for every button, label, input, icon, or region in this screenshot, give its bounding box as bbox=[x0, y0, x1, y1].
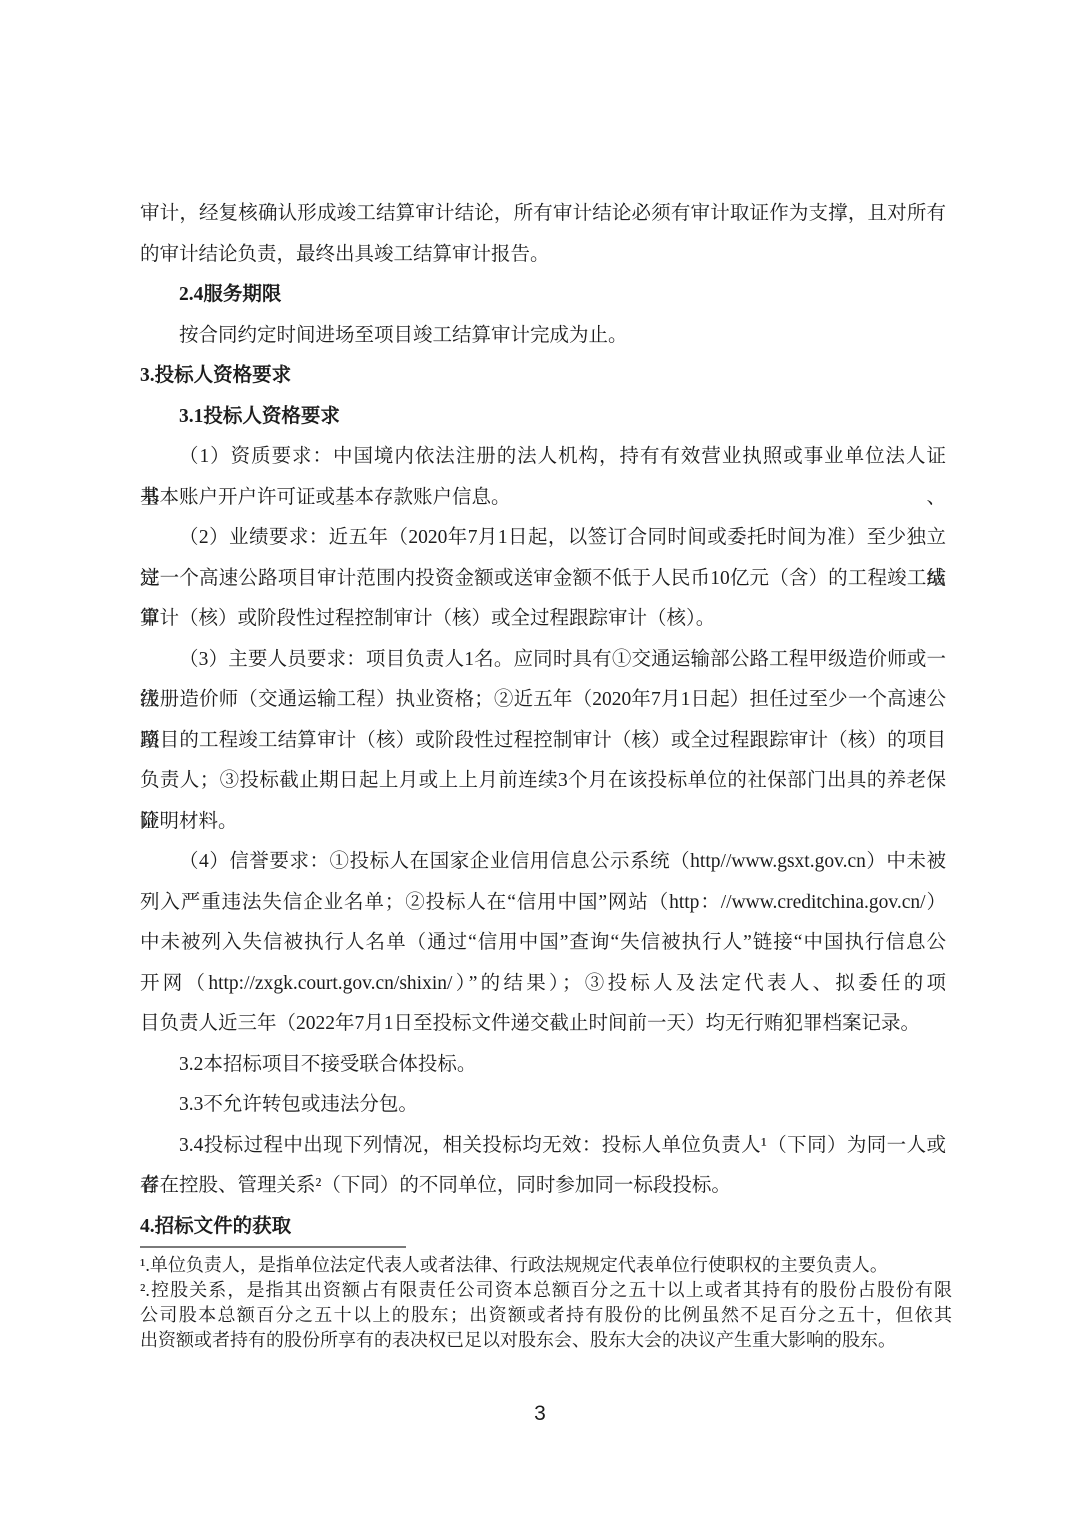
text-line: 项目的工程竣工结算审计（核）或阶段性过程控制审计（核）或全过程跟踪审计（核）的项… bbox=[140, 721, 946, 762]
text-line: （3）主要人员要求：项目负责人1名。应同时具有①交通运输部公路工程甲级造价师或一… bbox=[140, 640, 946, 681]
text-line: 的审计结论负责，最终出具竣工结算审计报告。 bbox=[140, 235, 946, 276]
text-line: 3.2本招标项目不接受联合体投标。 bbox=[140, 1045, 946, 1086]
text-line: 目负责人近三年（2022年7月1日至投标文件递交截止时间前一天）均无行贿犯罪档案… bbox=[140, 1004, 946, 1045]
text-line: （2）业绩要求：近五年（2020年7月1日起，以签订合同时间或委托时间为准）至少… bbox=[140, 518, 946, 559]
text-line: 过一个高速公路项目审计范围内投资金额或送审金额不低于人民币10亿元（含）的工程竣… bbox=[140, 559, 946, 600]
document-body: 审计，经复核确认形成竣工结算审计结论，所有审计结论必须有审计取证作为支撑，且对所… bbox=[140, 194, 946, 1247]
text-line: 3.3不允许转包或违法分包。 bbox=[140, 1085, 946, 1126]
text-line: 中未被列入失信被执行人名单（通过“信用中国”查询“失信被执行人”链接“中国执行信… bbox=[140, 923, 946, 964]
page-number: 3 bbox=[0, 1401, 1080, 1427]
text-line: 存在控股、管理关系²（下同）的不同单位，同时参加同一标段投标。 bbox=[140, 1166, 946, 1207]
footnote-line: ².控股关系，是指其出资额占有限责任公司资本总额百分之五十以上或者其持有的股份占… bbox=[140, 1278, 952, 1303]
footnote-line: 公司股本总额百分之五十以上的股东；出资额或者持有股份的比例虽然不足百分之五十，但… bbox=[140, 1303, 952, 1328]
section-heading: 4.招标文件的获取 bbox=[140, 1207, 946, 1248]
text-line: 列入严重违法失信企业名单；②投标人在“信用中国”网站（http：//www.cr… bbox=[140, 883, 946, 924]
text-line: 按合同约定时间进场至项目竣工结算审计完成为止。 bbox=[140, 316, 946, 357]
text-line: 注册造价师（交通运输工程）执业资格；②近五年（2020年7月1日起）担任过至少一… bbox=[140, 680, 946, 721]
text-line: 证明材料。 bbox=[140, 802, 946, 843]
footnote-line: 出资额或者持有的股份所享有的表决权已足以对股东会、股东大会的决议产生重大影响的股… bbox=[140, 1328, 952, 1353]
footnote-line: ¹.单位负责人，是指单位法定代表人或者法律、行政法规规定代表单位行使职权的主要负… bbox=[140, 1253, 952, 1278]
text-line: 审计（核）或阶段性过程控制审计（核）或全过程跟踪审计（核）。 bbox=[140, 599, 946, 640]
text-line: 负责人；③投标截止期日起上月或上上月前连续3个月在该投标单位的社保部门出具的养老… bbox=[140, 761, 946, 802]
footnotes: ¹.单位负责人，是指单位法定代表人或者法律、行政法规规定代表单位行使职权的主要负… bbox=[140, 1253, 952, 1353]
text-line: 3.4投标过程中出现下列情况，相关投标均无效：投标人单位负责人¹（下同）为同一人… bbox=[140, 1126, 946, 1167]
footnote-separator bbox=[140, 1246, 406, 1248]
section-heading: 3.1投标人资格要求 bbox=[140, 397, 946, 438]
section-heading: 3.投标人资格要求 bbox=[140, 356, 946, 397]
section-heading: 2.4服务期限 bbox=[140, 275, 946, 316]
document-page: 审计，经复核确认形成竣工结算审计结论，所有审计结论必须有审计取证作为支撑，且对所… bbox=[0, 0, 1080, 1527]
text-line: 开网（http://zxgk.court.gov.cn/shixin/）”的结果… bbox=[140, 964, 946, 1005]
text-line: （1）资质要求：中国境内依法注册的法人机构，持有有效营业执照或事业单位法人证书、 bbox=[140, 437, 946, 478]
text-line: （4）信誉要求：①投标人在国家企业信用信息公示系统（http//www.gsxt… bbox=[140, 842, 946, 883]
text-line: 审计，经复核确认形成竣工结算审计结论，所有审计结论必须有审计取证作为支撑，且对所… bbox=[140, 194, 946, 235]
